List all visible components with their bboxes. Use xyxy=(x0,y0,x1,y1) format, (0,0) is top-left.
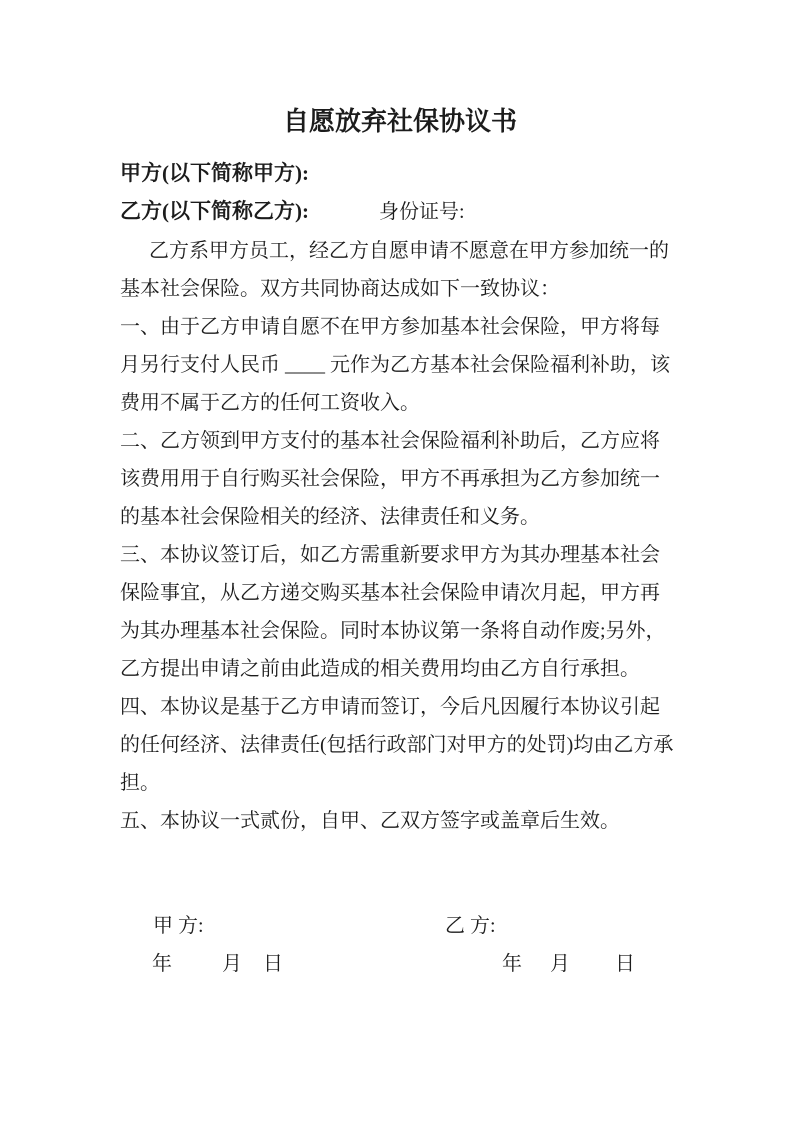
date-month-label: 月 xyxy=(222,945,242,983)
document-title: 自愿放弃社保协议书 xyxy=(120,104,680,140)
body-line: 担。 xyxy=(120,764,680,802)
page: 自愿放弃社保协议书 甲方(以下简称甲方): 乙方(以下简称乙方):身份证号: 乙… xyxy=(0,0,800,1132)
signature-party-a-label: 甲 方: xyxy=(153,907,204,945)
agreement-body: 乙方系甲方员工，经乙方自愿申请不愿意在甲方参加统一的 基本社会保险。双方共同协商… xyxy=(120,232,680,840)
date-month-label: 月 xyxy=(550,945,570,983)
body-line: 乙方提出申请之前由此造成的相关费用均由乙方自行承担。 xyxy=(120,650,680,688)
date-day-label: 日 xyxy=(615,945,635,983)
document: 自愿放弃社保协议书 甲方(以下简称甲方): 乙方(以下简称乙方):身份证号: 乙… xyxy=(120,0,680,987)
party-a-line: 甲方(以下简称甲方): xyxy=(120,154,680,192)
id-number-label: 身份证号: xyxy=(379,201,465,223)
date-year-label: 年 xyxy=(502,945,522,983)
body-line: 基本社会保险。双方共同协商达成如下一致协议： xyxy=(120,270,680,308)
body-line: 该费用用于自行购买社会保险，甲方不再承担为乙方参加统一 xyxy=(120,460,680,498)
body-line: 四、本协议是基于乙方申请而签订，今后凡因履行本协议引起 xyxy=(120,688,680,726)
body-line: 三、本协议签订后，如乙方需重新要求甲方为其办理基本社会 xyxy=(120,536,680,574)
party-b-line: 乙方(以下简称乙方):身份证号: xyxy=(120,192,680,231)
body-line: 二、乙方领到甲方支付的基本社会保险福利补助后，乙方应将 xyxy=(120,422,680,460)
body-line: 月另行支付人民币 ____ 元作为乙方基本社会保险福利补助，该 xyxy=(120,346,680,384)
body-line: 费用不属于乙方的任何工资收入。 xyxy=(120,384,680,422)
body-line: 为其办理基本社会保险。同时本协议第一条将自动作废;另外， xyxy=(120,612,680,650)
party-a-label: 甲方(以下简称甲方): xyxy=(120,161,309,185)
party-lines: 甲方(以下简称甲方): 乙方(以下简称乙方):身份证号: xyxy=(120,154,680,231)
body-line: 一、由于乙方申请自愿不在甲方参加基本社会保险，甲方将每 xyxy=(120,308,680,346)
body-line: 的任何经济、法律责任(包括行政部门对甲方的处罚)均由乙方承 xyxy=(120,726,680,764)
signature-party-b-label: 乙 方: xyxy=(445,907,496,945)
body-line: 保险事宜，从乙方递交购买基本社会保险申请次月起，甲方再 xyxy=(120,574,680,612)
body-line: 乙方系甲方员工，经乙方自愿申请不愿意在甲方参加统一的 xyxy=(120,232,680,270)
party-b-label: 乙方(以下简称乙方): xyxy=(120,199,309,223)
date-day-label: 日 xyxy=(263,945,283,983)
date-year-label: 年 xyxy=(152,945,172,983)
body-line: 的基本社会保险相关的经济、法律责任和义务。 xyxy=(120,498,680,536)
body-line: 五、本协议一式贰份，自甲、乙双方签字或盖章后生效。 xyxy=(120,802,680,840)
signature-block: 甲 方: 乙 方: 年 月 日 年 月 日 xyxy=(120,907,680,987)
